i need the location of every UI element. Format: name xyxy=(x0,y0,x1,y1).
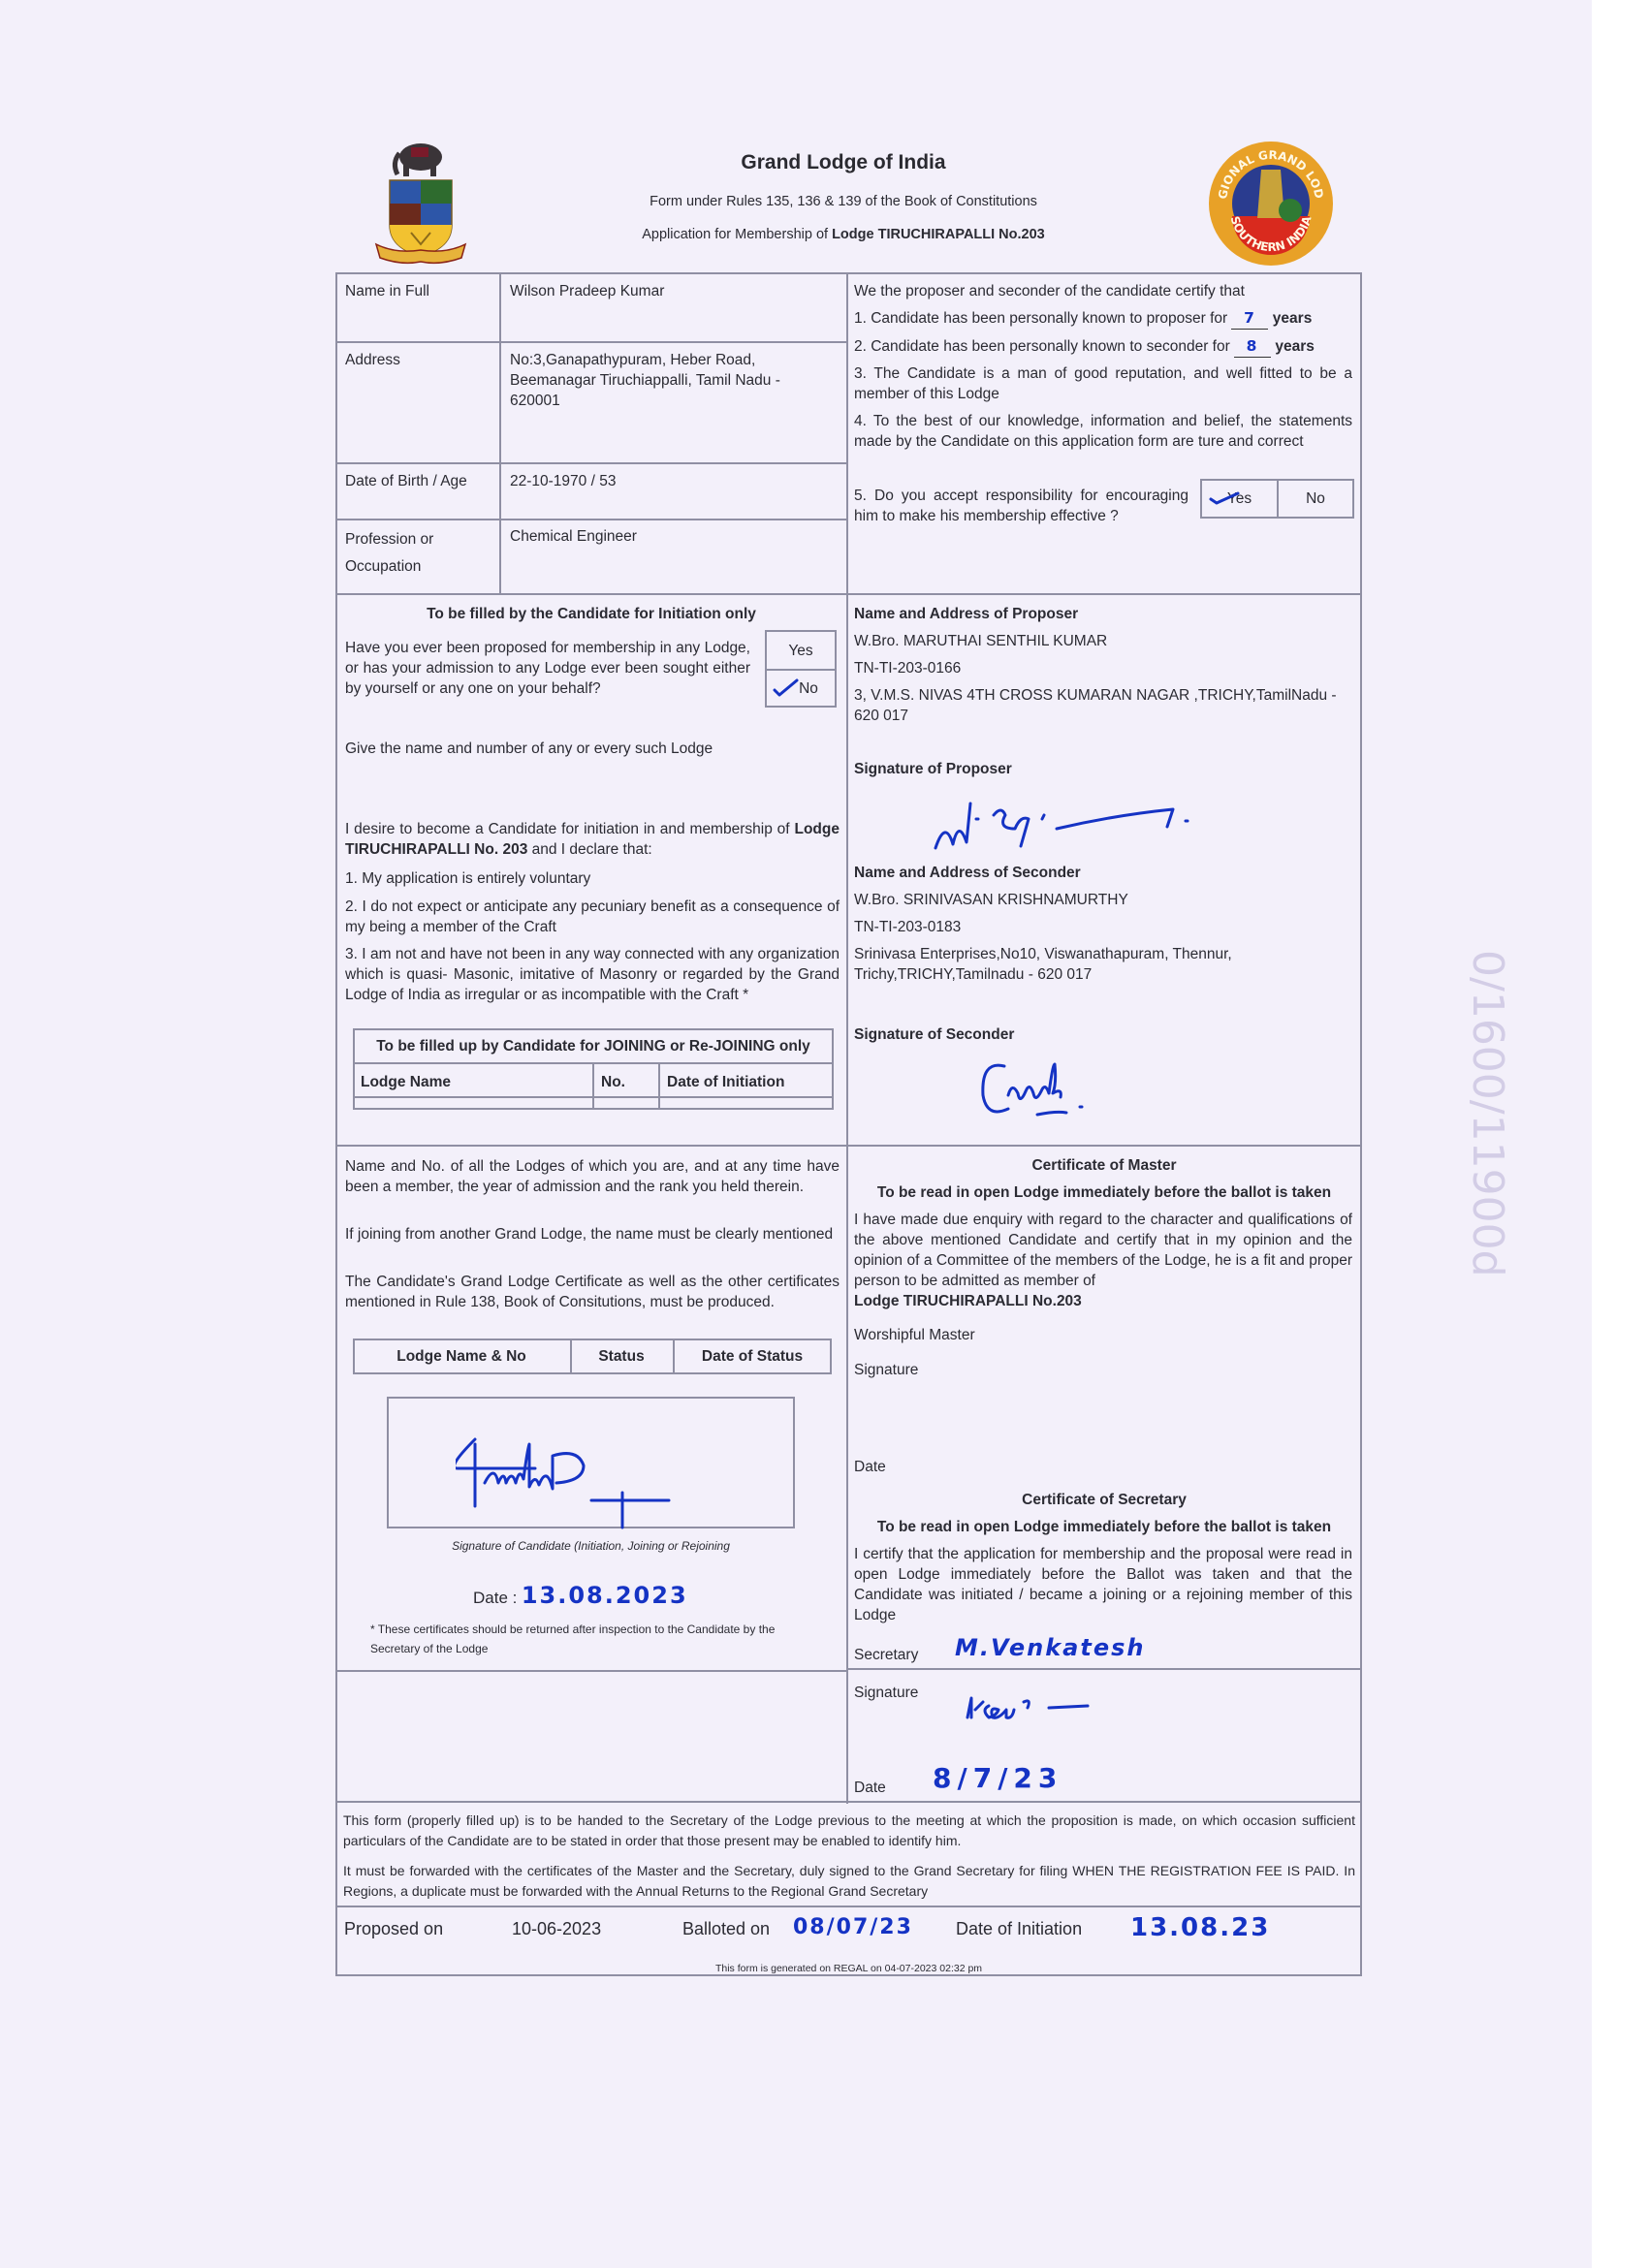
form-frame xyxy=(335,272,1362,1976)
proposer-id: TN-TI-203-0166 xyxy=(854,658,961,678)
application-number: No.203 xyxy=(995,227,1045,242)
proposer-signature xyxy=(926,790,1207,872)
lodges-paragraph-1: Name and No. of all the Lodges of which … xyxy=(345,1156,840,1197)
section-divider xyxy=(335,593,1362,595)
master-subheading: To be read in open Lodge immediately bef… xyxy=(849,1182,1359,1203)
worshipful-master-label: Worshipful Master xyxy=(854,1325,975,1345)
give-lodge-name-instruction: Give the name and number of any or every… xyxy=(345,739,713,759)
proposer-address: 3, V.M.S. NIVAS 4TH CROSS KUMARAN NAGAR … xyxy=(854,685,1348,726)
candidate-signature xyxy=(456,1434,688,1536)
form-title: Grand Lodge of India xyxy=(582,151,1105,174)
declaration-3: 3. I am not and have not been in any way… xyxy=(345,944,840,1005)
secretary-name-value: M.Venkatesh xyxy=(955,1634,1145,1661)
center-divider xyxy=(846,272,848,1804)
secretary-label: Secretary xyxy=(854,1645,918,1665)
joining-table-divider xyxy=(658,1062,660,1109)
lodges-paragraph-2: If joining from another Grand Lodge, the… xyxy=(345,1224,840,1244)
footer-note-2: It must be forwarded with the certificat… xyxy=(343,1861,1355,1902)
balloted-on-label: Balloted on xyxy=(682,1919,770,1939)
certify-item-4: 4. To the best of our knowledge, informa… xyxy=(854,411,1352,452)
row-divider xyxy=(847,1668,1362,1670)
master-body: I have made due enquiry with regard to t… xyxy=(854,1210,1352,1291)
date-of-initiation-label: Date of Initiation xyxy=(956,1919,1082,1939)
form-subtitle: Form under Rules 135, 136 & 139 of the B… xyxy=(543,194,1144,209)
certify-intro: We the proposer and seconder of the cand… xyxy=(854,281,1245,301)
dob-label: Date of Birth / Age xyxy=(345,471,467,491)
secretary-heading: Certificate of Secretary xyxy=(849,1490,1359,1510)
certify-item-3: 3. The Candidate is a man of good reputa… xyxy=(854,363,1352,404)
proposed-yes-label: Yes xyxy=(765,641,837,661)
lodges-paragraph-3: The Candidate's Grand Lodge Certificate … xyxy=(345,1272,840,1312)
name-value: Wilson Pradeep Kumar xyxy=(510,281,664,301)
certificates-footnote: * These certificates should be returned … xyxy=(370,1620,826,1658)
lodges-col-status: Status xyxy=(570,1346,673,1367)
seconder-years-value: 8 xyxy=(1234,336,1271,358)
application-lodge: Lodge TIRUCHIRAPALLI xyxy=(832,227,995,242)
section-divider xyxy=(335,1801,1362,1803)
seconder-signature xyxy=(979,1056,1134,1139)
candidate-date-label: Date : xyxy=(473,1589,517,1607)
candidate-label-divider xyxy=(499,272,501,593)
secretary-signature xyxy=(960,1688,1144,1732)
years-label: years xyxy=(1273,310,1313,327)
joining-col-lodge-name: Lodge Name xyxy=(361,1072,451,1092)
master-lodge: Lodge TIRUCHIRAPALLI No.203 xyxy=(854,1291,1082,1311)
footer-note-1: This form (properly filled up) is to be … xyxy=(343,1811,1355,1851)
lodges-col-date: Date of Status xyxy=(673,1346,832,1367)
seconder-signature-label: Signature of Seconder xyxy=(854,1024,1014,1045)
profession-label: Profession or Occupation xyxy=(345,526,452,581)
generated-on-note: This form is generated on REGAL on 04-07… xyxy=(335,1963,1362,1974)
candidate-signature-caption: Signature of Candidate (Initiation, Join… xyxy=(387,1539,795,1553)
proposer-signature-label: Signature of Proposer xyxy=(854,759,1012,779)
checkmark-icon xyxy=(1209,489,1240,510)
application-prefix: Application for Membership of xyxy=(642,227,832,242)
secretary-signature-label: Signature xyxy=(854,1683,918,1703)
proposed-on-label: Proposed on xyxy=(344,1919,443,1939)
declaration-1: 1. My application is entirely voluntary xyxy=(345,868,590,889)
seconder-id: TN-TI-203-0183 xyxy=(854,917,961,937)
dob-value: 22-10-1970 / 53 xyxy=(510,471,616,491)
secretary-date-label: Date xyxy=(854,1778,886,1798)
candidate-date: Date : 13.08.2023 xyxy=(473,1582,688,1609)
proposer-name: W.Bro. MARUTHAI SENTHIL KUMAR xyxy=(854,631,1107,651)
date-of-initiation-value: 13.08.23 xyxy=(1130,1913,1270,1942)
row-divider xyxy=(335,341,847,343)
seconder-name: W.Bro. SRINIVASAN KRISHNAMURTHY xyxy=(854,890,1128,910)
secretary-date-value: 8/7/23 xyxy=(933,1762,1062,1794)
certify-item-5: 5. Do you accept responsibility for enco… xyxy=(854,486,1188,526)
years-label: years xyxy=(1275,338,1315,355)
proposer-years-value: 7 xyxy=(1231,308,1268,330)
row-divider xyxy=(335,462,847,464)
row-divider xyxy=(335,519,847,520)
address-value: No:3,Ganapathypuram, Heber Road, Beemana… xyxy=(510,350,830,411)
certify-item-1-text: 1. Candidate has been personally known t… xyxy=(854,310,1227,327)
declaration-2: 2. I do not expect or anticipate any pec… xyxy=(345,897,840,937)
responsibility-no-label: No xyxy=(1277,488,1354,509)
joining-table-divider xyxy=(592,1062,594,1109)
secretary-body: I certify that the application for membe… xyxy=(854,1544,1352,1625)
proposer-heading: Name and Address of Proposer xyxy=(854,604,1078,624)
master-signature-label: Signature xyxy=(854,1360,918,1380)
application-line: Application for Membership of Lodge TIRU… xyxy=(543,227,1144,242)
margin-pencil-note: 0/1600/11900d xyxy=(1463,950,1512,1277)
initiation-question: Have you ever been proposed for membersh… xyxy=(345,638,750,699)
address-label: Address xyxy=(345,350,400,370)
joining-col-date: Date of Initiation xyxy=(667,1072,784,1092)
seconder-address: Srinivasa Enterprises,No10, Viswanathapu… xyxy=(854,944,1271,985)
grand-lodge-crest-logo xyxy=(372,136,469,271)
desire-prefix: I desire to become a Candidate for initi… xyxy=(345,821,795,837)
certify-item-2-text: 2. Candidate has been personally known t… xyxy=(854,338,1230,355)
master-heading: Certificate of Master xyxy=(849,1155,1359,1176)
proposed-on-value: 10-06-2023 xyxy=(512,1919,601,1939)
secretary-subheading: To be read in open Lodge immediately bef… xyxy=(849,1517,1359,1537)
seconder-heading: Name and Address of Seconder xyxy=(854,863,1081,883)
master-date-label: Date xyxy=(854,1457,886,1477)
certify-item-2: 2. Candidate has been personally known t… xyxy=(854,336,1358,358)
joining-heading: To be filled up by Candidate for JOINING… xyxy=(353,1036,834,1056)
section-divider xyxy=(335,1906,1362,1907)
balloted-on-value: 08/07/23 xyxy=(793,1915,913,1939)
lodges-col-name: Lodge Name & No xyxy=(353,1346,570,1367)
profession-value: Chemical Engineer xyxy=(510,526,637,547)
joining-col-no: No. xyxy=(601,1072,625,1092)
initiation-heading: To be filled by the Candidate for Initia… xyxy=(339,604,843,624)
checkmark-icon xyxy=(773,678,802,703)
row-divider xyxy=(335,1670,847,1672)
name-label: Name in Full xyxy=(345,281,429,301)
certify-item-1: 1. Candidate has been personally known t… xyxy=(854,308,1358,330)
regional-grand-lodge-logo: REGIONAL GRAND LODGE SOUTHERN INDIA xyxy=(1205,139,1337,268)
section-divider xyxy=(335,1145,1362,1147)
candidate-date-value: 13.08.2023 xyxy=(522,1582,688,1609)
desire-suffix: and I declare that: xyxy=(527,841,651,858)
desire-statement: I desire to become a Candidate for initi… xyxy=(345,819,840,860)
